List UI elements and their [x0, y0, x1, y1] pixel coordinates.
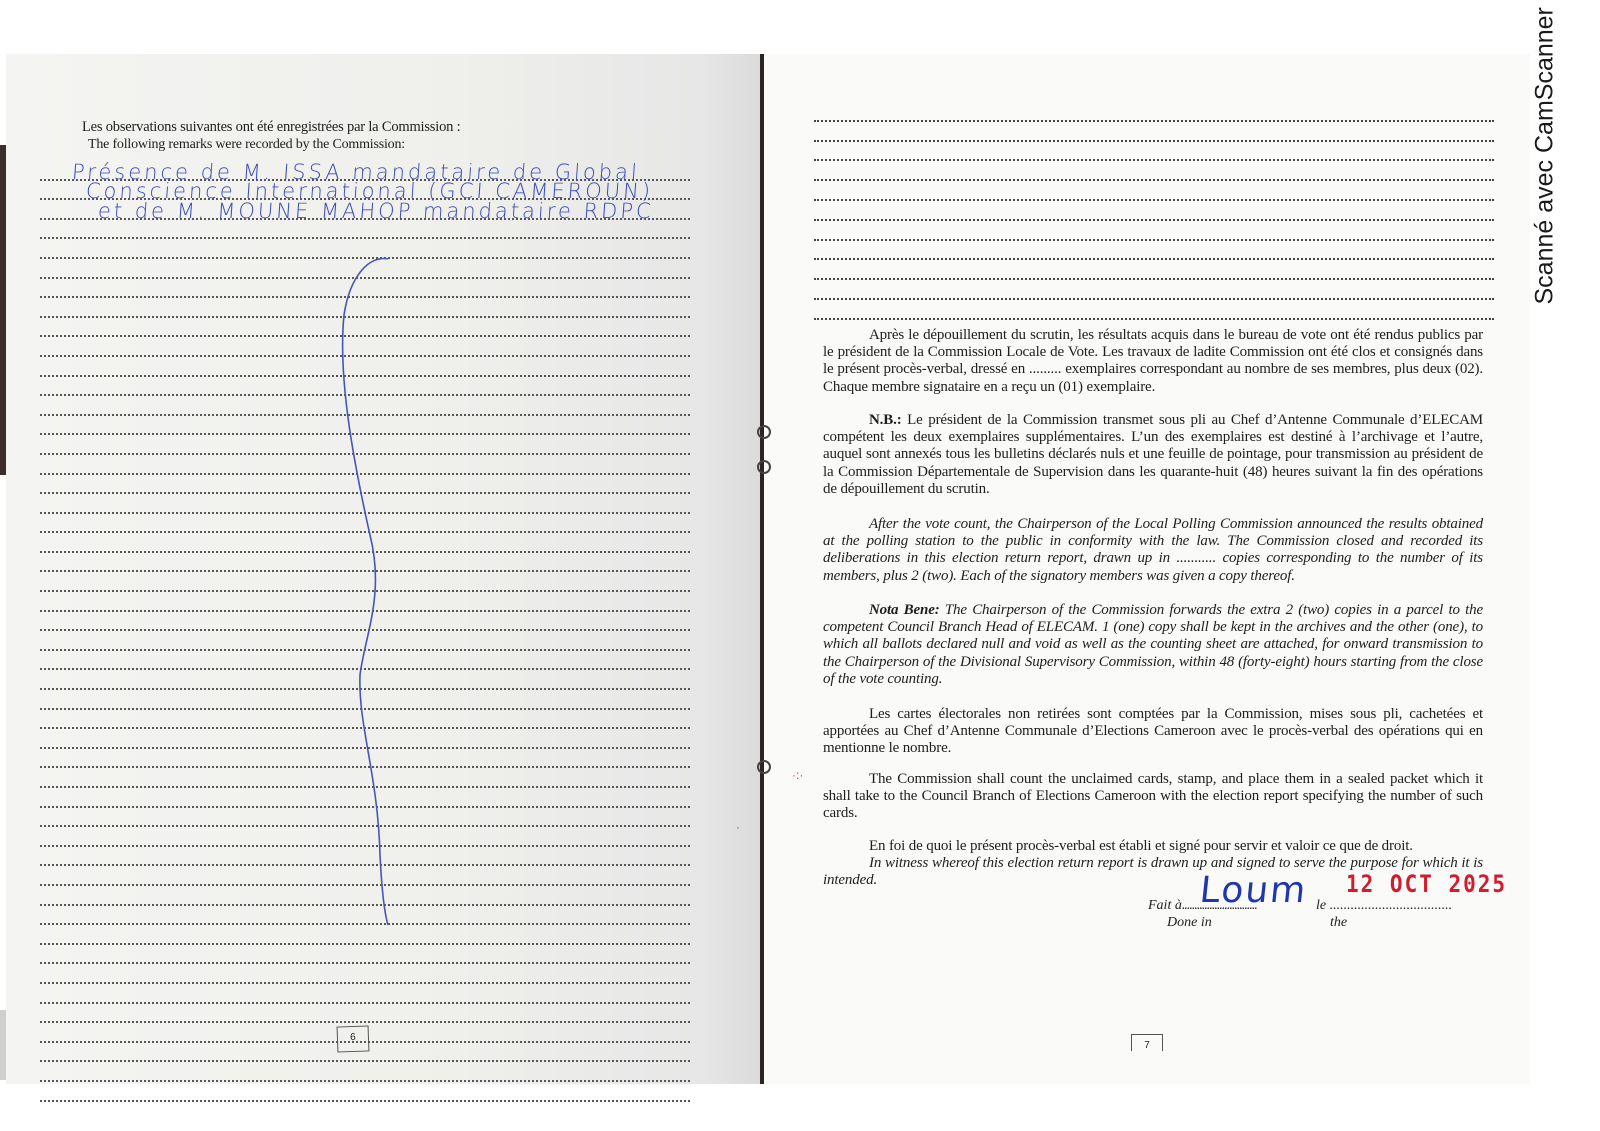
ruled-line [40, 964, 690, 984]
nb-label: N.B.: [869, 412, 902, 428]
ruled-line [40, 1082, 690, 1102]
ruled-line [814, 161, 1494, 181]
staple [757, 425, 771, 439]
ruled-line [814, 181, 1494, 201]
ruled-line [40, 984, 690, 1004]
pen-strike-line [330, 255, 410, 935]
ruled-line [814, 221, 1494, 241]
date-stamp: 12 OCT 2025 [1346, 870, 1507, 898]
done-in-label: Done in [1167, 915, 1212, 931]
nota-bene-label: Nota Bene: [869, 602, 940, 618]
paragraph-cards-en: The Commission shall count the unclaimed… [823, 771, 1483, 823]
ruled-line [814, 201, 1494, 221]
ruled-line [814, 280, 1494, 300]
the-label: the [1330, 915, 1347, 931]
scan-edge-shadow [0, 145, 6, 475]
paragraph-cards-fr: Les cartes électorales non retirées sont… [823, 706, 1483, 758]
ruled-line [40, 1062, 690, 1082]
ruled-line [814, 300, 1494, 320]
paragraph-results-en: After the vote count, the Chairperson of… [823, 516, 1483, 585]
ink-speck: · [736, 820, 740, 834]
continuation-ruled-lines [814, 102, 1494, 320]
staple [757, 760, 771, 774]
ruled-line [40, 945, 690, 965]
observations-heading-fr: Les observations suivantes ont été enreg… [82, 119, 460, 136]
paragraph-nb-fr: N.B.: Le président de la Commission tran… [823, 412, 1483, 498]
observations-heading-en: The following remarks were recorded by t… [88, 137, 405, 153]
ruled-line [40, 1004, 690, 1024]
ruled-line [814, 122, 1494, 142]
ruled-line [814, 260, 1494, 280]
ink-speck: ·:· [792, 768, 803, 782]
paragraph-nota-bene-en: Nota Bene: The Chairperson of the Commis… [823, 602, 1483, 688]
paragraph-results-fr: Après le dépouillement du scrutin, les r… [823, 327, 1483, 396]
scan-edge-shadow [0, 1010, 6, 1080]
booklet-spine [760, 54, 764, 1084]
date-field: le ................................... [1316, 898, 1452, 914]
ruled-line [814, 102, 1494, 122]
ruled-line [814, 241, 1494, 261]
handwritten-place: Loum [1198, 870, 1310, 911]
staple [757, 460, 771, 474]
page-number: 6 [337, 1025, 370, 1052]
closing-fr: En foi de quoi le présent procès-verbal … [823, 838, 1483, 855]
handwritten-remark: et de M. MOUNE MAHOP mandataire RDPC [97, 199, 654, 223]
page-number: 7 [1131, 1034, 1163, 1051]
scanner-watermark: Scanné avec CamScanner [1522, 30, 1562, 310]
ruled-line [814, 142, 1494, 162]
